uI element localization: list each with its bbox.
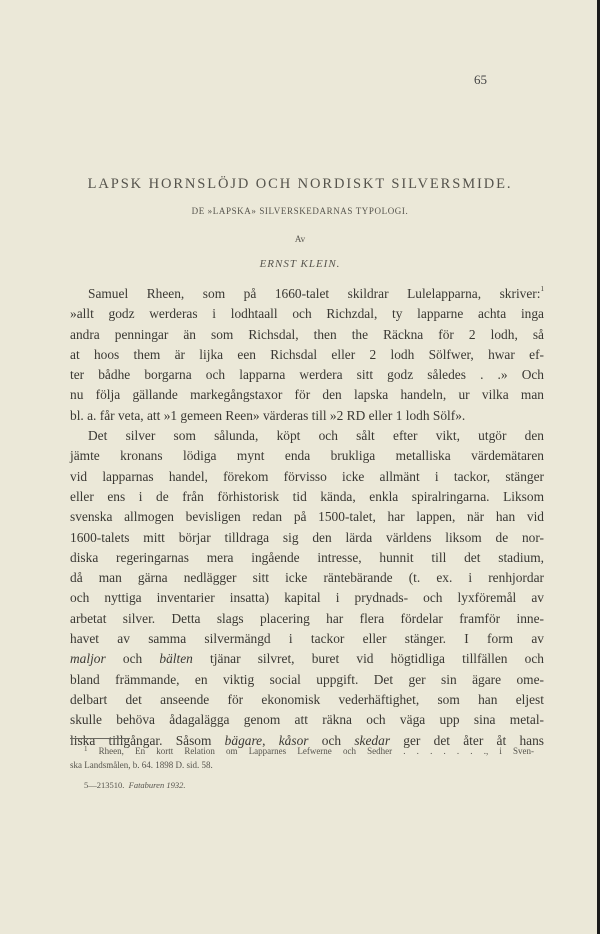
body-line: vid lapparnas handel, förekom förvisso i… [70,467,544,487]
body-line: arbetat silver. Detta slags placering ha… [70,609,544,629]
body-line: Samuel Rheen, som på 1660-talet skildrar… [70,284,544,304]
footnote-marker: 1 [84,745,88,753]
article-title: LAPSK HORNSLÖJD OCH NORDISKT SILVERSMIDE… [58,176,542,193]
footnote: 1 Rheen, En kortt Relation om Lapparnes … [70,744,544,772]
footnote-text: Rheen, En kortt Relation om Lapparnes Le… [99,746,534,756]
article-subtitle: DE »LAPSKA» SILVERSKEDARNAS TYPOLOGI. [58,206,542,216]
body-line: bl. a. får veta, att »1 gemeen Reen» vär… [70,406,544,426]
body-line-text: Samuel Rheen, som på 1660-talet skildrar… [88,286,541,301]
italic-term: maljor [70,651,106,666]
body-line: skulle behöva ådagalägga genom att räkna… [70,710,544,730]
body-text: Samuel Rheen, som på 1660-talet skildrar… [70,284,544,751]
body-line: eller ens i de från förhistorisk tid kän… [70,487,544,507]
document-page: 65 LAPSK HORNSLÖJD OCH NORDISKT SILVERSM… [0,0,597,934]
footnote-divider [70,738,130,739]
footnote-ref: 1 [541,285,545,293]
footnote-line: 1 Rheen, En kortt Relation om Lapparnes … [70,744,534,758]
body-line: 1600-talets mitt börjar tilldraga sig de… [70,528,544,548]
body-line: då man gärna nedlägger sitt icke räntebä… [70,568,544,588]
body-line: diska regeringarnas mera ingående intres… [70,548,544,568]
body-line: svenska allmogen bevisligen redan på 150… [70,507,544,527]
body-line: nu följa gällande markegångstaxor för de… [70,385,544,405]
body-line: och nyttiga inventarier insatta) kapital… [70,588,544,608]
page-number: 65 [474,72,487,88]
printer-name: Fataburen 1932. [129,780,186,790]
body-line: bland främmande, en viktig social uppgif… [70,670,544,690]
body-line-with-italics: maljor och bälten tjänar silvret, buret … [70,649,544,669]
body-line: Det silver som sålunda, köpt och sålt ef… [70,426,544,446]
author-name: ERNST KLEIN. [58,258,542,270]
body-line: andra penningar än som Richsdal, then th… [70,325,544,345]
body-line: at hoos them är lijka een Richsdal eller… [70,345,544,365]
printer-code: 5—213510. [84,780,124,790]
footnote-line: ska Landsmålen, b. 64. 1898 D. sid. 58. [70,758,544,772]
italic-term: bälten [159,651,192,666]
byline-label: Av [58,234,542,244]
body-line: ter bådhe borgarna och lapparna werdera … [70,365,544,385]
printer-line: 5—213510. Fataburen 1932. [84,780,185,790]
body-line: havet av samma silvermängd i tackor elle… [70,629,544,649]
body-line: jämte kronans lödiga mynt enda brukliga … [70,446,544,466]
body-line: »allt godz werderas i lodhtaall och Rich… [70,304,544,324]
body-line: delbart det anseende för ekonomisk veder… [70,690,544,710]
